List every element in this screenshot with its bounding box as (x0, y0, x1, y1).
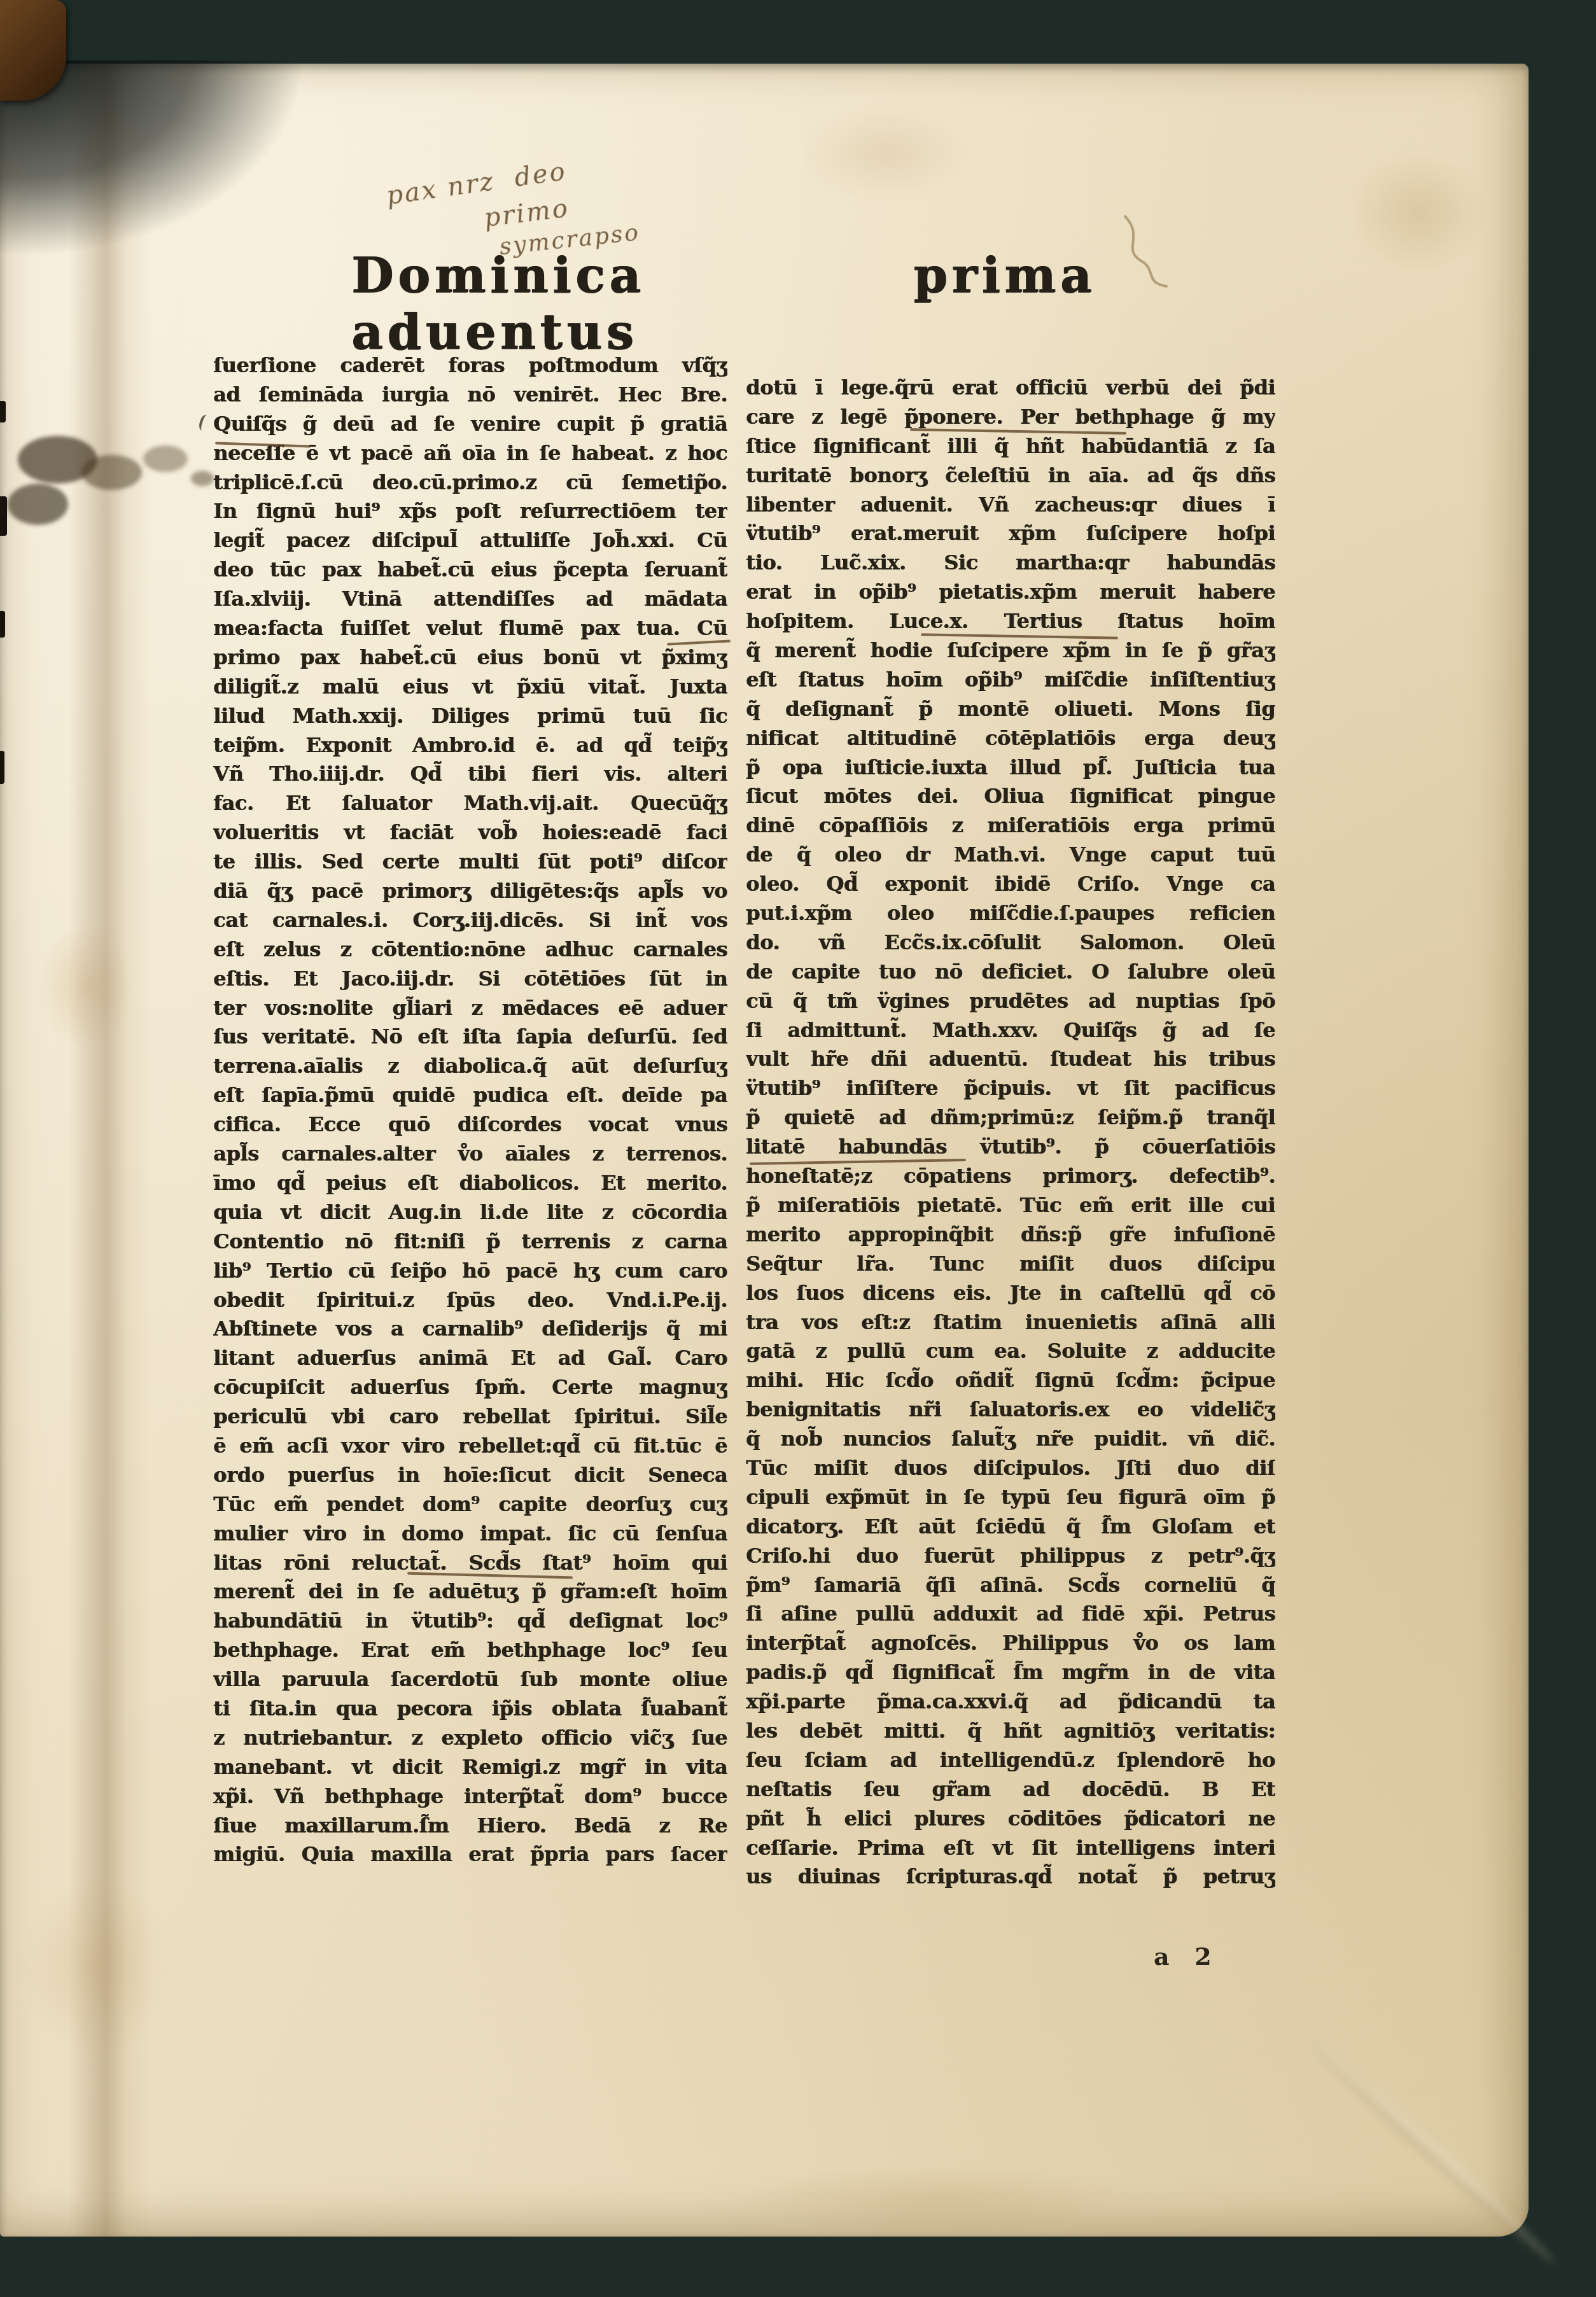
text-line: primo pax habet̃.cū eius bonū vt p̃ximʒ (213, 643, 727, 673)
pen-squiggle (1106, 211, 1240, 294)
text-line: xp̃i.parte p̃ma.ca.xxvi.q̃ ad p̃dicandū … (746, 1687, 1275, 1717)
text-line: ſuerſione caderēt foras poſtmodum vſq̃ʒ (213, 351, 727, 381)
text-line: ad ſemināda iurgia nō venirēt. Hec Bre. (213, 381, 727, 410)
text-line: Contentio nō fit:niſi p̃ terrenis z carn… (213, 1227, 727, 1257)
text-line: care z legē p̃ponere. Per bethphage g̃ m… (746, 403, 1275, 432)
text-line: cū q̃ tm̃ v̈gines prudētes ad nuptias ſp… (746, 987, 1275, 1016)
text-line: ordo puerſus in hoīe:ſicut dicit Seneca (213, 1461, 727, 1490)
text-line: terrena.aīalis z diabolica.q̃ aūt deſurſ… (213, 1052, 727, 1081)
text-line: migiū. Quia maxilla erat p̃pria pars ſac… (213, 1840, 727, 1869)
text-line: quia vt dicit Aug.in li.de lite z cōcord… (213, 1198, 727, 1227)
text-line: libenter aduenit. Vñ zacheus:qr diues ī (746, 491, 1275, 520)
text-line: litatē habundās v̈tutib⁹. p̃ cōuerſatiōi… (746, 1133, 1275, 1162)
gutter-ink-mark (0, 751, 4, 784)
book-page: pax nrz deo primo symcrapso Dominica pri… (0, 64, 1529, 2237)
text-line: ſeu ſciam ad intelligendū.z ſplendorē ho (746, 1746, 1275, 1775)
ink-smudge (81, 455, 142, 490)
text-line: z nutriebantur. z expleto officio vic̃ʒ … (213, 1724, 727, 1753)
text-line: triplicē.ſ.cū deo.cū.primo.z cū ſemetip̃… (213, 468, 727, 498)
text-column-right: dotū ī lege.q̃rū erat officiū verbū dei … (746, 374, 1275, 1892)
text-line: Criſo.hi duo fuerūt philippus z petr⁹.q̃… (746, 1542, 1275, 1571)
text-line: padis.p̃ qd̃ ſignificat̃ ſ̃m mgr̃m in de… (746, 1658, 1275, 1687)
text-line: hoſpitem. Luce.x. Tertius ſtatus hoīm (746, 607, 1275, 636)
text-line: tra vos eſt:z ſtatim inuenietis aſinā al… (746, 1308, 1275, 1337)
text-line: us diuinas ſcripturas.qd̃ notat̃ p̃ petr… (746, 1862, 1275, 1892)
text-line: lilud Math.xxij. Diliges primū tuū ſic (213, 702, 727, 731)
paper-crease (1303, 2035, 1560, 2269)
text-line: fac. Et ſaluator Math.vij.ait. Quecūq̃ʒ (213, 789, 727, 818)
text-line: Vñ Tho.iiij.dr. Qd̃ tibi fieri vis. alte… (213, 760, 727, 789)
text-line: neceſſe ē vt pacē añ oīa in ſe habeat. z… (213, 439, 727, 468)
text-line: p̃ miſeratiōis pietatē. Tūc em̃ erit ill… (746, 1191, 1275, 1220)
text-line: dicatorʒ. Eſt aūt ſciēdū q̃ ſ̃m Gloſam e… (746, 1512, 1275, 1542)
text-line: Abſtinete vos a carnalib⁹ deſiderijs q̃ … (213, 1315, 727, 1344)
text-line: diā q̃ʒ pacē primorʒ diligētes:q̃s apl̃s… (213, 877, 727, 906)
text-line: mea:facta fuiſſet velut flumē pax tua. C… (213, 614, 727, 643)
text-line: do. vñ Ecc̃s.ix.cōſulit Salomon. Oleū (746, 928, 1275, 958)
gutter-ink-mark (0, 401, 6, 422)
text-line: lib⁹ Tertio cū ſeip̃o hō pacē hʒ cum car… (213, 1257, 727, 1286)
ink-smudge (191, 471, 214, 486)
text-line: ſus veritatē. Nō eſt iſta ſapia deſurſū.… (213, 1023, 727, 1052)
text-line: mulier viro in domo impat. ſic cū ſenſua (213, 1519, 727, 1549)
text-line: p̃ opa iuſticie.iuxta illud pſ̃. Juſtici… (746, 753, 1275, 783)
text-line: pñt h̃ elici plures cōditōes p̃dicatori … (746, 1805, 1275, 1834)
text-line: In ſignū hui⁹ xp̃s poſt reſurrectiōem te… (213, 497, 727, 526)
text-line: q̃ nob̃ nuncios ſalut̃ʒ nr̃e puidit. vñ … (746, 1425, 1275, 1454)
text-line: Quiſq̃s g̃ deū ad ſe venire cupit p̃ gra… (213, 410, 727, 439)
text-line: Iſa.xlviij. Vtinā attendiſſes ad mādata (213, 585, 727, 614)
text-line: de q̃ oleo dr Math.vi. Vnge caput tuū (746, 841, 1275, 870)
paper-stain (795, 102, 974, 204)
text-line: dotū ī lege.q̃rū erat officiū verbū dei … (746, 374, 1275, 403)
text-line: dinē cōpaſſiōis z miſeratiōis erga primū (746, 811, 1275, 841)
text-line: cipuli exp̃mūt in ſe typū ſeu figurā oīm… (746, 1483, 1275, 1512)
text-line: mihi. Hic ſcd̃o oñdit̃ ſignū ſcd̃m: p̃ci… (746, 1366, 1275, 1395)
text-line: manebant. vt dicit Remigi.z mgr̃ in vita (213, 1753, 727, 1782)
text-line: obedit ſpiritui.z ſpūs deo. Vnd.i.Pe.ij. (213, 1286, 727, 1315)
text-line: ſicut mōtes dei. Oliua ſignificat pingue (746, 782, 1275, 811)
text-line: de capite tuo nō deficiet. O ſalubre ole… (746, 958, 1275, 987)
gutter-ink-mark (0, 496, 7, 536)
text-line: honeſtatē;z cōpatiens primorʒ. defectib⁹… (746, 1162, 1275, 1191)
ink-smudge (143, 445, 188, 472)
text-line: īmo qd̃ peius eſt diabolicos. Et merito. (213, 1169, 727, 1198)
text-line: cifica. Ecce quō diſcordes vocat vnus (213, 1110, 727, 1140)
text-line: te illis. Sed certe multi ſūt poti⁹ diſc… (213, 848, 727, 877)
text-line: deo tūc pax habet̃.cū eius p̃cepta ſerua… (213, 555, 727, 585)
text-line: neſtatis ſeu gr̃am ad docēdū. B Et (746, 1775, 1275, 1805)
text-line: ſi admittunt̃. Math.xxv. Quiſq̃s g̃ ad ſ… (746, 1016, 1275, 1045)
text-line: cat carnales.i. Corʒ.iij.dicēs. Si int̃ … (213, 906, 727, 935)
text-line: ceſſarie. Prima eſt vt ſit intelligens i… (746, 1834, 1275, 1863)
text-line: ſiue maxillarum.ſ̃m Hiero. Bedā z Re (213, 1812, 727, 1841)
text-line: merito appropinq̃bit dñs:p̃ gr̃e infuſio… (746, 1220, 1275, 1250)
text-line: eſtis. Et Jaco.iij.dr. Si cōtētiōes ſūt … (213, 965, 727, 994)
text-line: cōcupiſcit aduerſus ſpm̃. Certe magnuʒ (213, 1373, 727, 1402)
text-line: benignitatis nr̃i ſaluatoris.ex eo videl… (746, 1395, 1275, 1425)
text-line: bethphage. Erat em̃ bethphage loc⁹ ſeu (213, 1636, 727, 1665)
paper-stain (1349, 153, 1489, 274)
text-line: eſt ſtatus hoīm op̃ib⁹ miſc̃die inſiſten… (746, 666, 1275, 695)
text-line: los ſuos dicens eis. Jte in caſtellū qd̃… (746, 1279, 1275, 1308)
text-line: ſtice ſignificant̃ illi q̃ hñt habūdanti… (746, 432, 1275, 461)
text-line: teip̃m. Exponit Ambro.id ē. ad qd̃ teip̃… (213, 731, 727, 760)
text-line: Seq̃tur lr̃a. Tunc miſit duos diſcipu (746, 1250, 1275, 1279)
text-line: merent̃ dei in ſe aduētuʒ p̃ gr̃am:eſt h… (213, 1577, 727, 1607)
text-line: turitatē bonorʒ c̃eleſtiū in aīa. ad q̃s… (746, 461, 1275, 491)
text-line: ſi aſine pullū adduxit ad fidē xp̃i. Pet… (746, 1600, 1275, 1629)
text-line: q̃ deſignant̃ p̃ montē oliueti. Mons ſig (746, 695, 1275, 724)
text-line: legit̃ pacez diſcipul̃ attuliſſe Joh̃.xx… (213, 526, 727, 555)
text-line: eſt zelus z cōtentio:nōne adhuc carnales (213, 935, 727, 965)
text-line: xp̃i. Vñ bethphage interp̃tat̃ dom⁹ bucc… (213, 1782, 727, 1812)
text-line: tio. Luc̃.xix. Sic martha:qr habundās (746, 548, 1275, 578)
gutter-fold-shadow (69, 64, 151, 2237)
text-line: volueritis vt faciāt vob̃ hoies:eadē fac… (213, 818, 727, 848)
text-line: q̃ merent̃ hodie ſuſcipere xp̃m in ſe p̃… (746, 636, 1275, 666)
text-line: eſt ſapīa.p̃mū quidē pudica eſt. deīde p… (213, 1081, 727, 1110)
text-line: vult hr̃e dñi aduentū. ſtudeat his tribu… (746, 1045, 1275, 1074)
text-line: Tūc miſit duos diſcipulos. Jſti duo diſ (746, 1454, 1275, 1483)
text-line: put.i.xp̃m oleo miſc̃die.ſ.paupes refici… (746, 899, 1275, 928)
text-line: Tūc em̃ pendet dom⁹ capite deorſuʒ cuʒ (213, 1490, 727, 1519)
text-line: p̃ quietē ad dñm;primū:z ſeip̃m.p̃ tranq… (746, 1103, 1275, 1133)
ink-smudge (8, 484, 68, 525)
text-line: ter vos:nolite gl̃iari z mēdaces eē adue… (213, 994, 727, 1023)
text-line: apl̃s carnales.alter v̊o aīales z terren… (213, 1140, 727, 1169)
text-column-left: ſuerſione caderēt foras poſtmodum vſq̃ʒa… (213, 351, 727, 1869)
text-line: periculū vbi caro rebellat ſpiritui. Sil… (213, 1402, 727, 1432)
text-line: villa paruula ſacerdotū ſub monte oliue (213, 1665, 727, 1694)
text-line: nificat altitudinē cōtēplatiōis erga deu… (746, 724, 1275, 753)
text-line: oleo. Qd̃ exponit ibidē Criſo. Vnge ca (746, 870, 1275, 899)
page-title: Dominica prima aduentus (351, 247, 1096, 360)
paper-stain (732, 2163, 1139, 2233)
text-line: litant aduerſus animā Et ad Gal̃. Caro (213, 1344, 727, 1373)
gutter-ink-mark (0, 611, 5, 638)
text-line: habundātiū in v̈tutib⁹: qd̃ deſignat loc… (213, 1607, 727, 1636)
text-line: v̈tutib⁹ erat.meruit xp̃m ſuſcipere hoſp… (746, 519, 1275, 548)
margin-mark (197, 414, 213, 433)
text-line: erat in op̃ib⁹ pietatis.xp̃m meruit habe… (746, 578, 1275, 607)
signature-mark: a 2 (1154, 1942, 1212, 1971)
text-line: interp̃tat̃ agnoſcēs. Philippus v̊o os l… (746, 1629, 1275, 1658)
text-line: ti ſita.in qua pecora ip̃is oblata ſ̃uab… (213, 1694, 727, 1724)
text-line: v̈tutib⁹ inſiſtere p̃cipuis. vt ſit paci… (746, 1074, 1275, 1103)
text-line: les debēt mitti. q̃ hñt agnitiōʒ veritat… (746, 1717, 1275, 1746)
text-line: gatā z pullū cum ea. Soluite z adducite (746, 1337, 1275, 1366)
text-line: p̃m⁹ ſamariā q̃ſi aſinā. Scd̃s corneliū … (746, 1571, 1275, 1600)
text-line: diligit̃.z malū eius vt p̃xiū vitat̃. Ju… (213, 673, 727, 702)
text-line: ē em̃ acſi vxor viro rebellet:qd̃ cū fit… (213, 1432, 727, 1461)
photo-background: pax nrz deo primo symcrapso Dominica pri… (0, 0, 1596, 2297)
